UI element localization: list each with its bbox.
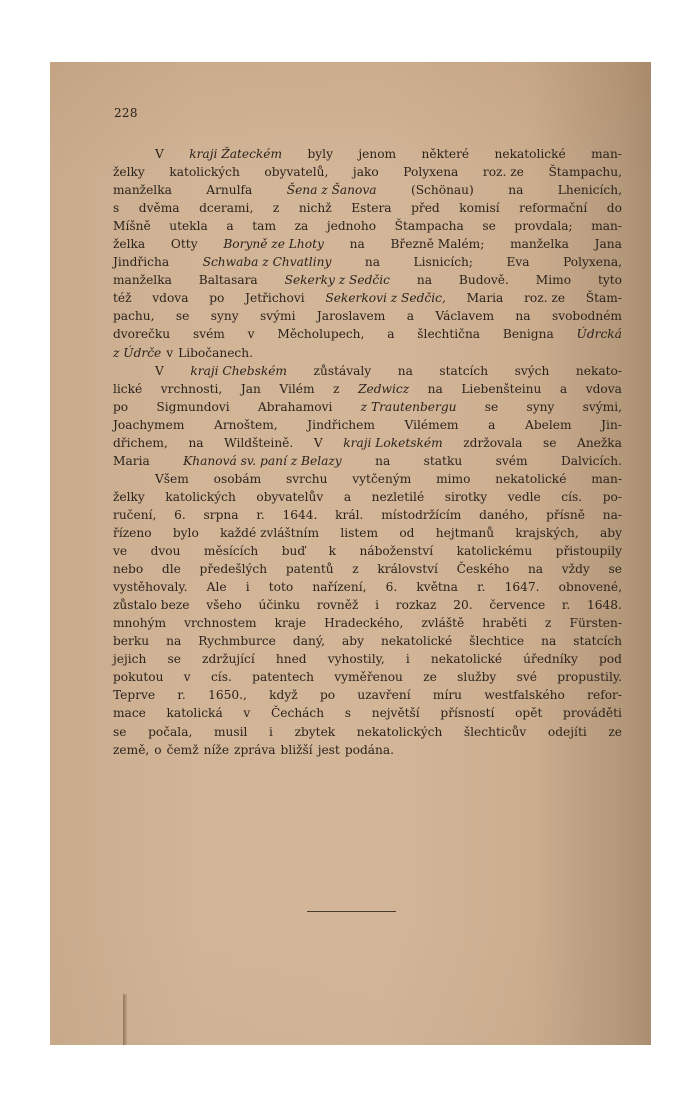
word: řízeno — [113, 524, 152, 542]
word: po — [320, 686, 335, 704]
word: Eva — [507, 253, 530, 271]
word: místodržícím — [381, 506, 461, 524]
word: nekatolické — [495, 470, 566, 488]
word: 1647. — [505, 578, 540, 596]
word: a — [488, 416, 495, 434]
word: katolická — [167, 704, 223, 722]
word: nekatolické — [495, 145, 566, 163]
word: na — [541, 632, 556, 650]
word: r. — [562, 596, 570, 614]
word: Jindřichem — [307, 416, 375, 434]
scanned-book-page: 228 Vkraji Žateckémbylyjenomněkterénekat… — [50, 62, 651, 1045]
word: na — [417, 271, 432, 289]
word: Abrahamovi — [258, 398, 333, 416]
word: katolickému — [457, 542, 533, 560]
word: a — [407, 307, 414, 325]
word: po — [209, 289, 224, 307]
text-line: JoachymemArnoštem,JindřichemVilémemaAbel… — [113, 416, 622, 434]
word: statku — [424, 452, 463, 470]
word: po- — [603, 488, 622, 506]
word: království — [377, 560, 438, 578]
word: i — [375, 596, 379, 614]
word: z — [333, 380, 339, 398]
text-line: Všemosobámsvrchuvytčenýmmimonekatolickém… — [113, 470, 622, 488]
word: na — [398, 362, 413, 380]
word: počala, — [148, 723, 192, 741]
word: podána. — [345, 741, 394, 759]
word: vždy — [562, 560, 590, 578]
word: Českého — [457, 560, 510, 578]
word: odejíti — [548, 723, 587, 741]
word: roz. ze — [524, 289, 565, 307]
word: toto — [269, 578, 293, 596]
word: statcích — [439, 362, 488, 380]
word: sirotky — [445, 488, 487, 506]
word: listem — [340, 524, 378, 542]
word: roz. ze — [483, 163, 524, 181]
word: nekatolické — [381, 632, 452, 650]
word: se — [482, 217, 495, 235]
word: i — [246, 578, 250, 596]
word: želky — [113, 163, 145, 181]
word: obyvatelů, — [264, 163, 328, 181]
word: Ale — [207, 578, 227, 596]
word: Liebenšteinu — [461, 380, 541, 398]
word: Jana — [595, 235, 622, 253]
word: na — [166, 632, 181, 650]
text-line: pokutouvcís.patentechvyměřenouzeslužbysv… — [113, 668, 622, 686]
word: nebo — [113, 560, 143, 578]
word: 1644. — [282, 506, 317, 524]
italic-name: Sekerkovi z Sedčic, — [325, 289, 445, 307]
word: svobodném — [552, 307, 622, 325]
word: se — [485, 398, 498, 416]
word: některé — [422, 145, 470, 163]
word: Štampacha — [395, 217, 464, 235]
word: země, — [113, 741, 149, 759]
word: Vilém — [279, 380, 314, 398]
word: v — [184, 668, 191, 686]
word: Arnulfa — [206, 181, 252, 199]
text-line: MíšněuteklaatamzajednohoŠtampachaseprovd… — [113, 217, 622, 235]
word: svými, — [583, 398, 622, 416]
word: 1650., — [208, 686, 247, 704]
word: Estera — [351, 199, 391, 217]
word: Rychmburce — [198, 632, 276, 650]
word: srpna — [204, 506, 239, 524]
word: mace — [113, 704, 146, 722]
word: 6. — [174, 506, 186, 524]
text-line: z ÚdrčevLibočanech. — [113, 344, 622, 362]
word: tyto — [598, 271, 622, 289]
word: jednoho — [327, 217, 376, 235]
italic-name: Schwaba z Chvatliny — [203, 253, 332, 271]
word: úředníky — [523, 650, 578, 668]
word: Libočanech. — [178, 344, 253, 362]
text-line: želkaOttyBoryně ze LhotynaBřezně Malém;m… — [113, 235, 622, 253]
word: rovněž — [317, 596, 359, 614]
word: 20. — [453, 596, 472, 614]
text-line: ručení,6.srpnar.1644.král.místodržícímda… — [113, 506, 622, 524]
word: ze — [423, 668, 437, 686]
word: zdržující — [202, 650, 255, 668]
word: opět — [515, 704, 542, 722]
word: vrchnostem — [184, 614, 257, 632]
word: Maria — [113, 452, 150, 470]
word: Sigmundovi — [156, 398, 229, 416]
italic-name: z Údrče — [113, 344, 161, 362]
word: svrchu — [286, 470, 328, 488]
word: nařízení, — [312, 578, 366, 596]
word: prováděti — [563, 704, 622, 722]
word: pod — [599, 650, 622, 668]
word: dle — [162, 560, 181, 578]
word: vrchnosti, — [161, 380, 223, 398]
word: Benigna — [503, 325, 554, 343]
word: Polyxena, — [563, 253, 622, 271]
word: reformační — [519, 199, 587, 217]
word: jejich — [113, 650, 146, 668]
text-line: JindřichaSchwaba z ChvatlinynaLisnicích;… — [113, 253, 622, 271]
word: míru — [433, 686, 462, 704]
word: šlechticův — [464, 723, 526, 741]
word: se — [167, 650, 180, 668]
word: náboženství — [360, 542, 434, 560]
text-line: dvorečkusvémvMěcholupech,ašlechtičnaBeni… — [113, 325, 622, 343]
word: v — [243, 704, 250, 722]
word: července — [489, 596, 545, 614]
word: Joachymem — [113, 416, 184, 434]
word: na — [528, 560, 543, 578]
italic-name: kraji Chebském — [190, 362, 287, 380]
text-line: téžvdovapoJetřichoviSekerkovi z Sedčic,M… — [113, 289, 622, 307]
word: vyměřenou — [334, 668, 403, 686]
italic-name: Sekerky z Sedčic — [285, 271, 390, 289]
word: rozkaz — [396, 596, 437, 614]
word: hejtmanů — [436, 524, 494, 542]
word: man- — [591, 217, 622, 235]
word: zbytek — [295, 723, 336, 741]
word: Míšně — [113, 217, 151, 235]
word: zůstávaly — [314, 362, 372, 380]
word: uzavření — [357, 686, 410, 704]
italic-name: Údrcká — [577, 325, 622, 343]
word: král. — [335, 506, 363, 524]
word: svými — [260, 307, 295, 325]
text-line: jejichsezdržujícíhnedvyhostily,inekatoli… — [113, 650, 622, 668]
word: katolických — [165, 488, 235, 506]
word: westfalského — [484, 686, 565, 704]
word: 6. — [386, 578, 398, 596]
word: lické — [113, 380, 142, 398]
word: i — [269, 723, 273, 741]
word: aby — [342, 632, 364, 650]
text-line: dřichem,naWildšteině.Vkraji Loketskémzdr… — [113, 434, 622, 452]
word: Štampachu, — [548, 163, 622, 181]
word: 1648. — [587, 596, 622, 614]
text-line: macekatolickávČecháchsnejvětšípřísnostío… — [113, 704, 622, 722]
word: patentech — [252, 668, 314, 686]
word: syny — [211, 307, 239, 325]
word: daný, — [293, 632, 325, 650]
word: (Schönau) — [411, 181, 474, 199]
word: dvěma — [139, 199, 180, 217]
word: na — [428, 380, 443, 398]
word: služby — [457, 668, 496, 686]
word: dvorečku — [113, 325, 170, 343]
section-end-rule — [307, 911, 396, 912]
word: níže — [204, 741, 229, 759]
word: přistoupily — [556, 542, 622, 560]
word: Arnoštem, — [214, 416, 278, 434]
word: Jindřicha — [113, 253, 169, 271]
word: Jaroslavem — [317, 307, 385, 325]
text-line: Vkraji Žateckémbylyjenomněkterénekatolic… — [113, 145, 622, 163]
word: ručení, — [113, 506, 156, 524]
word: Vilémem — [405, 416, 459, 434]
word: Čechách — [271, 704, 324, 722]
word: refor- — [587, 686, 622, 704]
word: manželka — [113, 181, 172, 199]
word: Teprve — [113, 686, 155, 704]
word: se — [113, 723, 126, 741]
text-line: manželkaBaltasaraSekerky z SedčicnaBudov… — [113, 271, 622, 289]
text-line: pachu,sesynysvýmiJaroslavemaVáclavemnasv… — [113, 307, 622, 325]
word: přísností — [440, 704, 494, 722]
word: Jetřichovi — [245, 289, 305, 307]
word: Všem — [155, 470, 189, 488]
italic-name: Boryně ze Lhoty — [223, 235, 324, 253]
word: zvláště — [421, 614, 464, 632]
word: vedle — [508, 488, 541, 506]
word: tam — [252, 217, 276, 235]
word: Jin- — [601, 416, 622, 434]
word: na — [188, 434, 203, 452]
word: Baltasara — [199, 271, 258, 289]
word: čemž — [167, 741, 199, 759]
word: musil — [214, 723, 247, 741]
word: Štam- — [586, 289, 622, 307]
word: na — [515, 307, 530, 325]
text-line: poSigmundoviAbrahamoviz Trautenbergusesy… — [113, 398, 622, 416]
text-line: Vkraji Chebskémzůstávalynastatcíchsvýchn… — [113, 362, 622, 380]
word: hned — [276, 650, 307, 668]
word: katolických — [169, 163, 239, 181]
word: nekato- — [576, 362, 622, 380]
word: a — [560, 380, 567, 398]
word: měsících — [204, 542, 258, 560]
word: svých — [515, 362, 550, 380]
word: nekatolické — [431, 650, 502, 668]
word: i — [406, 650, 410, 668]
word: Mimo — [536, 271, 571, 289]
word: Lisnicích; — [414, 253, 474, 271]
italic-name: Khanová sv. paní z Belazy — [183, 452, 342, 470]
word: se — [608, 560, 621, 578]
word: buď — [282, 542, 305, 560]
word: každé zvláštním — [220, 524, 319, 542]
italic-name: z Trautenbergu — [361, 398, 457, 416]
word: r. — [177, 686, 185, 704]
text-line: zůstalo bezevšehoúčinkurovněžirozkaz20.č… — [113, 596, 622, 614]
word: zpráva — [234, 741, 275, 759]
word: nekatolických — [357, 723, 443, 741]
text-line: země,očemžnížezprávabližšíjestpodána. — [113, 741, 622, 759]
word: se — [543, 434, 556, 452]
word: želka — [113, 235, 145, 253]
word: Fürsten- — [569, 614, 621, 632]
word: Měcholupech, — [277, 325, 364, 343]
word: zdržovala — [463, 434, 522, 452]
word: s — [345, 704, 351, 722]
word: obyvatelův — [256, 488, 323, 506]
word: když — [269, 686, 298, 704]
word: jenom — [358, 145, 396, 163]
body-text: Vkraji Žateckémbylyjenomněkterénekatolic… — [113, 145, 622, 759]
text-line: mnohýmvrchnostemkrajeHradeckého,zvláštěh… — [113, 614, 622, 632]
word: r. — [256, 506, 264, 524]
word: mimo — [436, 470, 470, 488]
word: před — [411, 199, 440, 217]
word: na — [508, 181, 523, 199]
word: manželka — [113, 271, 172, 289]
word: Otty — [171, 235, 198, 253]
word: jest — [318, 741, 340, 759]
text-line: manželkaArnulfaŠena z Šanova(Schönau)naL… — [113, 181, 622, 199]
word: komisí — [459, 199, 499, 217]
word: hraběti — [482, 614, 527, 632]
word: osobám — [214, 470, 262, 488]
word: šlechtice — [469, 632, 524, 650]
word: bližší — [281, 741, 313, 759]
word: dcerami, — [199, 199, 253, 217]
text-line: lickévrchnosti,JanVilémzZedwicznaLiebenš… — [113, 380, 622, 398]
word: mnohým — [113, 614, 166, 632]
word: aby — [600, 524, 622, 542]
word: do — [607, 199, 622, 217]
word: Abelem — [525, 416, 571, 434]
word: cís. — [561, 488, 582, 506]
word: dvou — [151, 542, 181, 560]
word: vdova — [152, 289, 188, 307]
word: kraje — [275, 614, 306, 632]
text-line: berkunaRychmburcedaný,abynekatolickéšlec… — [113, 632, 622, 650]
word: Březně Malém; — [390, 235, 484, 253]
word: a — [226, 217, 233, 235]
word: vdova — [586, 380, 622, 398]
word: zůstalo beze — [113, 596, 189, 614]
word: Anežka — [577, 434, 622, 452]
text-line: sdvěmadcerami,znichžEsterapředkomisírefo… — [113, 199, 622, 217]
word: svém — [496, 452, 528, 470]
text-line: sepočala,musilizbyteknekatolickýchšlecht… — [113, 723, 622, 741]
word: patentů — [286, 560, 334, 578]
italic-name: Zedwicz — [358, 380, 409, 398]
page-fold-mark — [123, 994, 127, 1045]
page-number: 228 — [114, 106, 138, 120]
word: s — [113, 199, 119, 217]
word: man- — [591, 470, 622, 488]
word: syny — [527, 398, 555, 416]
word: dřichem, — [113, 434, 168, 452]
word: své — [517, 668, 537, 686]
word: největší — [372, 704, 420, 722]
text-line: MariaKhanová sv. paní z Belazynastatkusv… — [113, 452, 622, 470]
word: ze — [608, 723, 622, 741]
word: z — [273, 199, 279, 217]
word: na — [375, 452, 390, 470]
word: vytčeným — [352, 470, 411, 488]
word: utekla — [169, 217, 208, 235]
word: od — [399, 524, 414, 542]
word: všeho — [206, 596, 242, 614]
word: šlechtična — [417, 325, 480, 343]
word: jako — [353, 163, 379, 181]
text-line: řízenobylokaždé zvláštnímlistemodhejtman… — [113, 524, 622, 542]
word: želky — [113, 488, 145, 506]
word: obnovené, — [559, 578, 622, 596]
word: berku — [113, 632, 149, 650]
word: propustily. — [557, 668, 622, 686]
word: vystěhovaly. — [113, 578, 188, 596]
word: v — [166, 344, 173, 362]
italic-name: Šena z Šanova — [287, 181, 377, 199]
word: svém — [193, 325, 225, 343]
text-line: želkykatolickýchobyvatelůvanezletilésiro… — [113, 488, 622, 506]
word: cís. — [211, 668, 232, 686]
word: a — [344, 488, 351, 506]
word: byly — [307, 145, 332, 163]
word: pachu, — [113, 307, 154, 325]
word: května — [416, 578, 458, 596]
word: na — [350, 235, 365, 253]
word: účinku — [258, 596, 300, 614]
word: statcích — [573, 632, 622, 650]
text-line: nebodlepředešlýchpatentůzkrálovstvíČeské… — [113, 560, 622, 578]
word: nichž — [299, 199, 332, 217]
word: po — [113, 398, 128, 416]
word: krajských, — [515, 524, 578, 542]
word: V — [155, 145, 164, 163]
word: V — [314, 434, 323, 452]
word: Budově. — [459, 271, 509, 289]
word: přísně — [546, 506, 585, 524]
word: Dalvicích. — [561, 452, 622, 470]
word: vyhostily, — [328, 650, 385, 668]
text-line: vedvouměsícíchbuďknáboženstvíkatolickému… — [113, 542, 622, 560]
word: Lhenicích, — [558, 181, 622, 199]
word: V — [155, 362, 164, 380]
word: ve — [113, 542, 127, 560]
word: provdala; — [514, 217, 572, 235]
word: Maria — [467, 289, 504, 307]
word: manželka — [510, 235, 569, 253]
italic-name: kraji Žateckém — [189, 145, 282, 163]
italic-name: kraji Loketském — [343, 434, 442, 452]
word: r. — [477, 578, 485, 596]
word: man- — [591, 145, 622, 163]
word: o — [154, 741, 161, 759]
word: Wildšteině. — [224, 434, 293, 452]
word: se — [176, 307, 189, 325]
word: daného, — [479, 506, 528, 524]
word: Václavem — [435, 307, 494, 325]
word: Polyxena — [403, 163, 458, 181]
word: Jan — [241, 380, 261, 398]
word: k — [329, 542, 336, 560]
word: pokutou — [113, 668, 163, 686]
word: v — [248, 325, 255, 343]
